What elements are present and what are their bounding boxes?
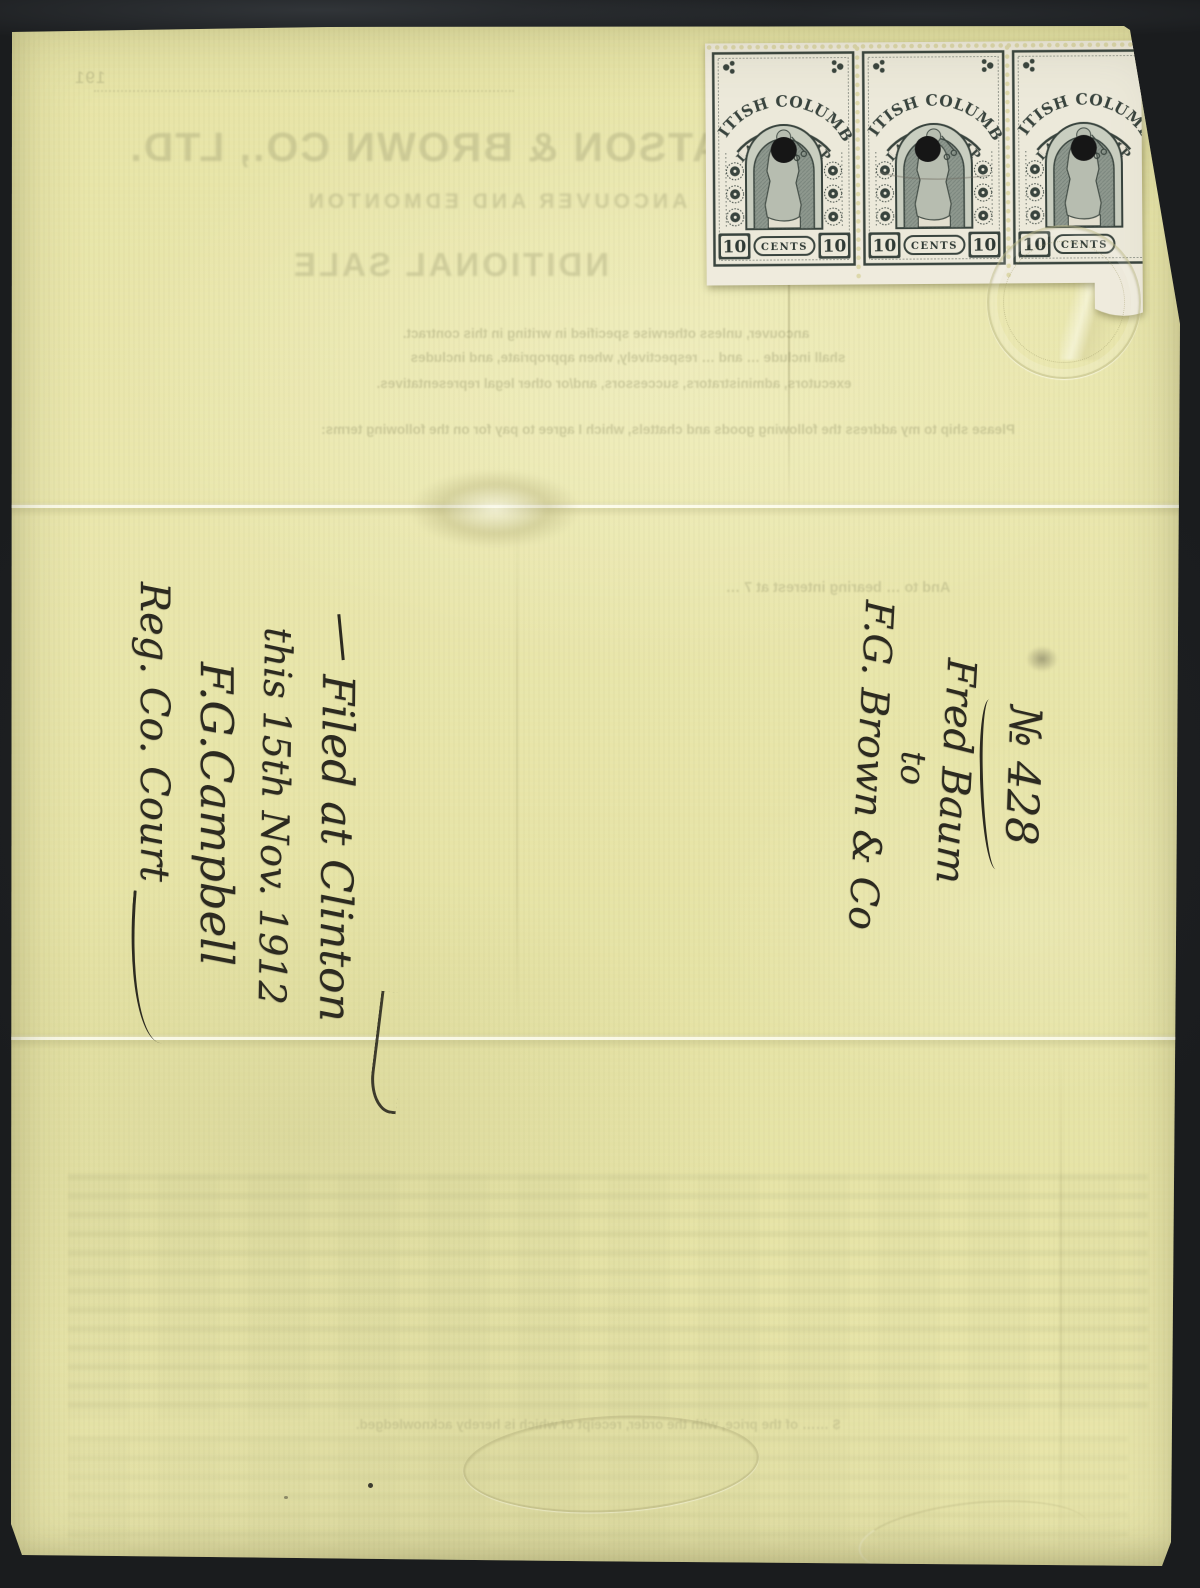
ink-speck (284, 1496, 288, 1499)
stamp-unit-text: CENTS (911, 241, 958, 252)
bleedthrough-fine-print-line: executors, administrators, successors, a… (104, 376, 1124, 391)
ink-speck (368, 1483, 373, 1488)
bleedthrough-year-blank: 191 (74, 68, 105, 88)
bleedthrough-ship-line: Please ship to my address the following … (228, 422, 1108, 437)
bleedthrough-cities-line: ANCOUVER AND EDMONTON (246, 190, 746, 214)
document-paper-back: 191 ATSON & BROWN CO., LTD. ANCOUVER AND… (8, 24, 1184, 1569)
vertical-crease (516, 505, 518, 1037)
ink-smudge (1026, 646, 1058, 672)
punch-hole (1071, 135, 1097, 161)
filing-note-handwriting: Filed at Clinton this 15th Nov. 1912 F.G… (67, 529, 426, 1101)
bleedthrough-fine-print-line: ancouver, unless otherwise specified in … (64, 326, 1148, 341)
bleedthrough-fine-print-line: shall include … and … respectively, when… (128, 350, 1128, 365)
stamp-value-right: 10 (973, 235, 997, 255)
bleedthrough-dense-paragraphs (68, 1174, 1148, 1419)
horizontal-fold-crease (8, 505, 1184, 508)
embossed-swirl-mark (855, 1490, 1093, 1586)
law-stamp-1: BRITISH COLUMBIA LAW STAMP (706, 38, 859, 265)
stamp-value-left: 10 (873, 236, 897, 256)
filing-note-signature: F.G.Campbell (191, 534, 244, 1094)
filing-note-line: Filed at Clinton (309, 538, 365, 1098)
case-endorsement-handwriting: № 428 Fred Baum to F.G. Brown & Co (818, 573, 1079, 968)
punch-hole (771, 137, 797, 163)
bleedthrough-dotted-rule (94, 90, 514, 92)
stamp-value-left: 10 (723, 237, 747, 257)
bleedthrough-company-name: ATSON & BROWN CO., LTD. (100, 124, 750, 171)
law-stamp-2: BRITISH COLUMBIA LAW STAMP (856, 38, 1009, 264)
vertical-crease (1060, 1037, 1062, 1557)
bleedthrough-sale-title: NDITIONAL SALE (260, 246, 640, 284)
punch-hole (915, 136, 941, 162)
case-number: № 428 (974, 584, 1055, 966)
stamp-value-right: 10 (823, 237, 847, 257)
value-row: 10 10 CENTS (868, 231, 1000, 258)
value-row: 10 10 CENTS (718, 233, 850, 260)
crumple-mark (410, 470, 580, 548)
scan-background: 191 ATSON & BROWN CO., LTD. ANCOUVER AND… (0, 0, 1200, 1588)
embossed-circular-seal (987, 225, 1141, 379)
stamp-unit-text: CENTS (761, 242, 808, 253)
filing-note-line: this 15th Nov. 1912 (249, 536, 303, 1097)
filing-note-title: Reg. Co. Court (132, 532, 183, 1092)
